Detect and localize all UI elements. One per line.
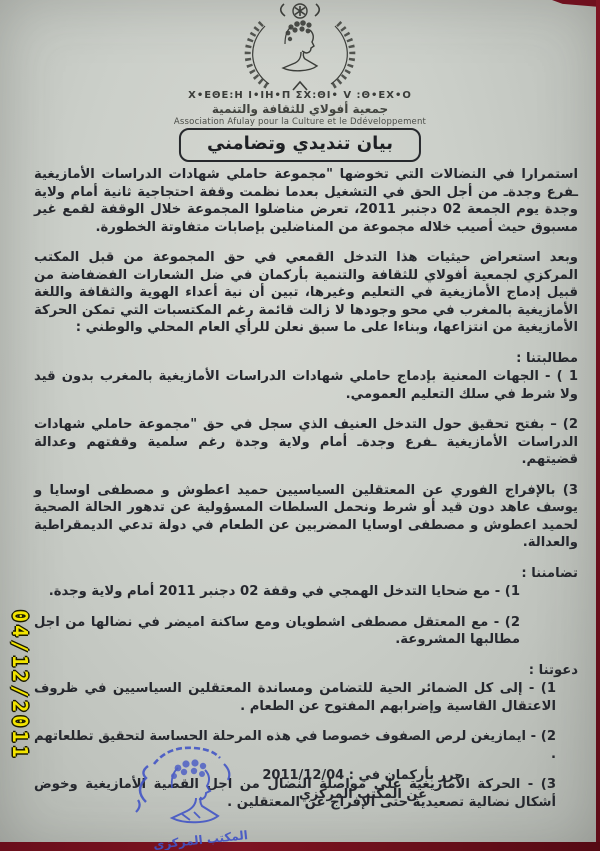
demand-item-3: 3) بالإفراج الفوري عن المعتقلين السياسيي… bbox=[34, 482, 578, 552]
issue-signatory: عن المكتب المركزي bbox=[258, 785, 468, 804]
intro-paragraph: استمرارا في النضالات التي تخوضها "مجموعة… bbox=[34, 166, 578, 236]
scanned-document-photo: X•ΕΘΕ:Η Ι•ΙΗ•Π ΣΧ:ΘΙ• V :Θ•ΕΧ•Ο جمعية أف… bbox=[0, 0, 600, 851]
issue-block: حرر بأركمان في : 2011/12/04 عن المكتب ال… bbox=[258, 766, 468, 804]
association-name-french: Association Afulay pour la Culture et le… bbox=[0, 117, 600, 127]
solidarity-item-1: 1) - مع ضحايا التدخل الهمجي في وقفة 02 د… bbox=[34, 583, 578, 601]
document-footer: المكتب المركزي حرر بأركمان في : 2011/12/… bbox=[0, 740, 600, 850]
statement-body: استمرارا في النضالات التي تخوضها "مجموعة… bbox=[34, 166, 578, 824]
tifinagh-association-name: X•ΕΘΕ:Η Ι•ΙΗ•Π ΣΧ:ΘΙ• V :Θ•ΕΧ•Ο bbox=[0, 90, 600, 101]
call-item-1: 1) - إلى كل الضمائر الحية للتضامن ومساند… bbox=[34, 680, 578, 715]
demand-item-2: 2) – بفتح تحقيق حول التدخل العنيف الذي س… bbox=[34, 416, 578, 469]
svg-text:المكتب المركزي: المكتب المركزي bbox=[153, 828, 249, 850]
section-heading-demands: مطالبتنا : bbox=[34, 350, 578, 368]
demands-section: مطالبتنا : 1 ) - الجهات المعنية بإدماج ح… bbox=[34, 350, 578, 552]
context-paragraph: وبعد استعراض حيثيات هذا التدخل القمعي في… bbox=[34, 249, 578, 337]
statement-title: بيان تنديدي وتضامني bbox=[179, 128, 421, 162]
solidarity-section: تضامننا : 1) - مع ضحايا التدخل الهمجي في… bbox=[34, 565, 578, 649]
section-heading-solidarity: تضامننا : bbox=[34, 565, 578, 583]
section-heading-call: دعوتنا : bbox=[34, 662, 578, 680]
association-name-arabic: جمعية أفولاي للثقافة والتنمية bbox=[0, 102, 600, 116]
demand-item-1: 1 ) - الجهات المعنية بإدماج حاملي شهادات… bbox=[34, 368, 578, 403]
issue-place-date: حرر بأركمان في : 2011/12/04 bbox=[258, 766, 468, 785]
camera-date-stamp: 04/12/2011 bbox=[8, 610, 32, 850]
document-header: X•ΕΘΕ:Η Ι•ΙΗ•Π ΣΧ:ΘΙ• V :Θ•ΕΧ•Ο جمعية أف… bbox=[0, 2, 600, 127]
solidarity-item-2: 2) - مع المعتقل مصطفى اشطويان ومع ساكنة … bbox=[34, 614, 578, 649]
photo-border-right bbox=[596, 0, 600, 851]
laurel-wreath-bust-emblem-icon bbox=[205, 2, 395, 94]
